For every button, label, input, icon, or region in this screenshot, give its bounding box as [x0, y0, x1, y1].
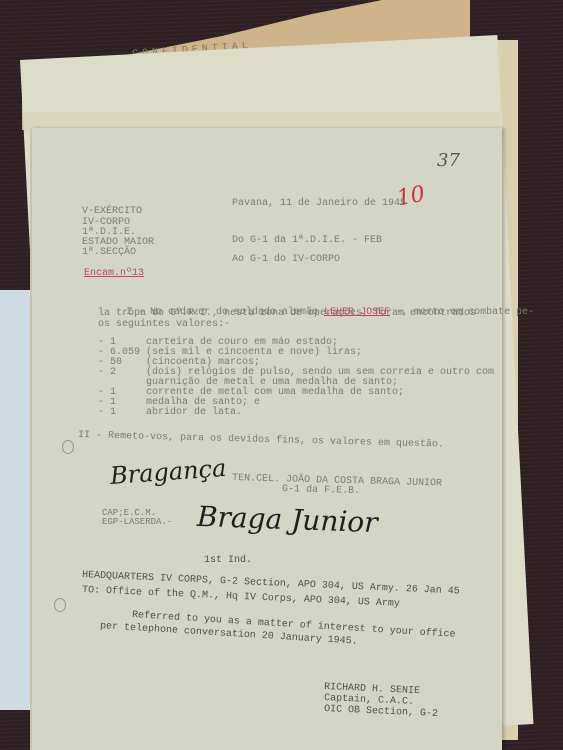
main-document: 37 10 V-EXÉRCITO IV-CORPO 1ª.D.I.E. ESTA… — [32, 128, 502, 750]
sender-line: V-EXÉRCITO — [82, 207, 142, 217]
indorsement-signer-office: OIC OB Section, G-2 — [324, 705, 438, 720]
punch-hole — [54, 598, 66, 612]
punch-hole — [62, 440, 74, 454]
reference-number: Encam.nº13 — [84, 269, 144, 279]
sender-line: 1ª.SECÇÃO — [82, 248, 136, 258]
page-number: 37 — [437, 156, 460, 166]
item-qty: - 1 — [98, 408, 116, 418]
from-line: Do G-1 da 1ª.D.I.E. - FEB — [232, 236, 382, 246]
paragraph-line: os seguintes valores:- — [98, 320, 230, 330]
copy-note: EGP-LASERDA.- — [102, 517, 172, 527]
signature-1: Bragança — [109, 454, 227, 490]
item-qty: - 2 — [98, 368, 116, 378]
indorsement-label: 1st Ind. — [204, 556, 252, 566]
photo-scene: CONFIDENTIAL HEADQUARTERS IV CORPS 112 3… — [0, 0, 563, 750]
paragraph-2: II - Remeto-vos, para os devidos fins, o… — [78, 431, 444, 451]
to-line: Ao G-1 do IV-CORPO — [232, 255, 340, 265]
signature-2: Braga Junior — [196, 500, 378, 539]
item-desc: abridor de lata. — [146, 408, 242, 418]
paragraph-line: la trópa do 6º.R.I., nesta zona de opera… — [98, 309, 476, 319]
signer-1-title: G-1 da F.E.B. — [282, 485, 360, 497]
place-date: Pavana, 11 de Janeiro de 1945 — [232, 199, 406, 209]
